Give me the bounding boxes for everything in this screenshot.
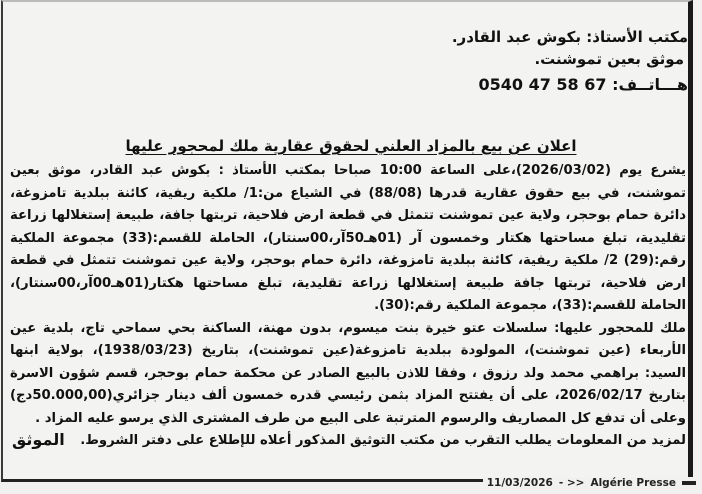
footer-bar [682,481,696,485]
notice-paragraph-owner: ملك للمحجور عليها: سلسلات عتو خيرة بنت م… [10,318,686,431]
notice-title: اعلان عن بيع بالمزاد العلني لحقوق عقارية… [0,137,702,155]
notary-line: موثق بعين تموشنت. [452,48,688,70]
office-line: مكتب الأستاذ: بكوش عبد القادر. [452,26,688,48]
notice-paragraph-info: لمزيد من المعلومات يطلب التقرب من مكتب ا… [10,430,686,453]
source-footer: 11/03/2026 - >> Algérie Presse [483,477,696,489]
notice-paragraph-auction: يشرع يوم (2026/03/02)،على الساعة 10:00 ص… [10,160,686,318]
phone-label: هـــاتــف: [612,75,688,94]
footer-source: Algérie Presse [590,477,676,489]
footer-date: 11/03/2026 [487,477,553,489]
phone-number: 0540 47 58 67 [478,75,606,94]
notary-header: مكتب الأستاذ: بكوش عبد القادر. موثق بعين… [452,26,688,96]
notice-body: يشرع يوم (2026/03/02)،على الساعة 10:00 ص… [10,160,686,453]
phone-line: هـــاتــف: 0540 47 58 67 [452,74,688,96]
signature: الموثق [12,430,65,449]
footer-separator: - >> [559,477,585,489]
